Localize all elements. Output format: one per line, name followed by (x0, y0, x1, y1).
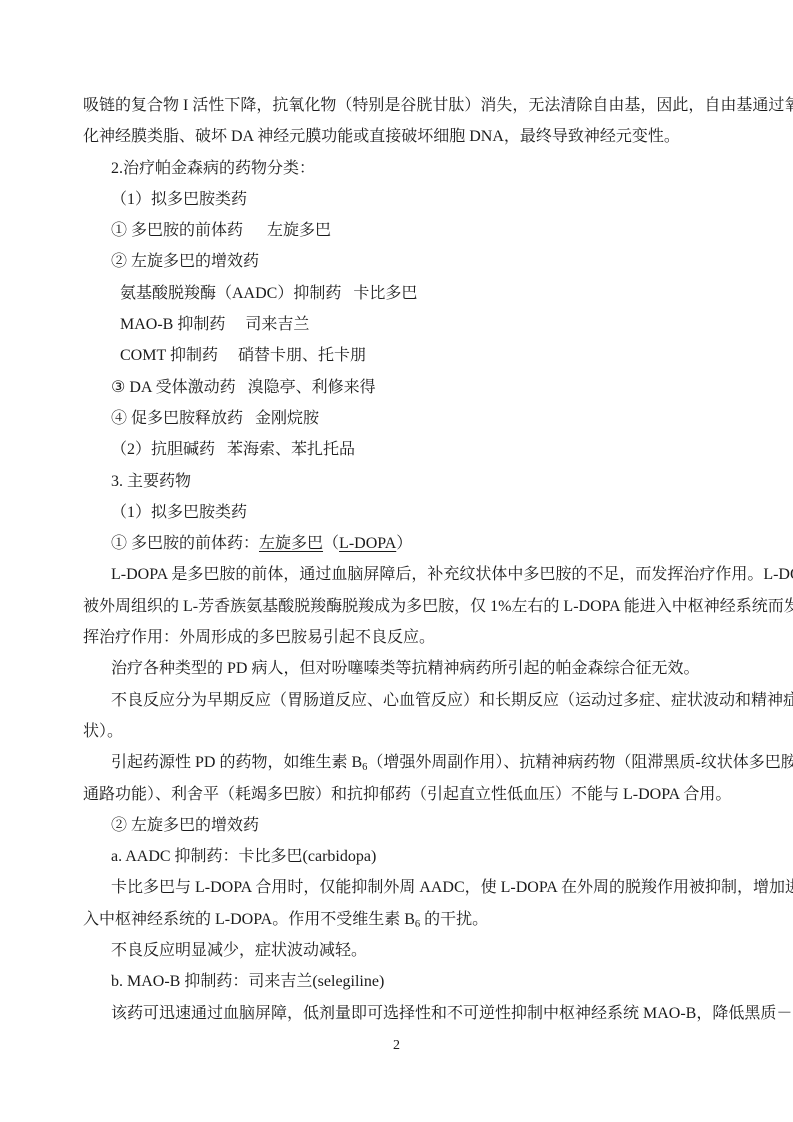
text-line: 不良反应分为早期反应（胃肠道反应、心血管反应）和长期反应（运动过多症、症状波动和… (83, 685, 713, 716)
text-line: 该药可迅速通过血脑屏障，低剂量即可选择性和不可逆性抑制中枢神经系统 MAO-B，… (83, 998, 713, 1029)
text-line: 治疗各种类型的 PD 病人，但对吩噻嗪类等抗精神病药所引起的帕金森综合征无效。 (83, 653, 713, 684)
text-line: ② 左旋多巴的增效药 (83, 810, 713, 841)
text-run: 化神经膜类脂、破坏 DA 神经元膜功能或直接破坏细胞 DNA，最终导致神经元变性… (83, 128, 680, 145)
text-line: ③ DA 受体激动药 溴隐亭、利修来得 (83, 372, 713, 403)
text-line: 3. 主要药物 (83, 466, 713, 497)
document-page: 吸链的复合物 I 活性下降，抗氧化物（特别是谷胱甘肽）消失，无法清除自由基，因此… (0, 0, 793, 1122)
text-run: 不良反应明显减少，症状波动减轻。 (111, 942, 367, 959)
text-line: 挥治疗作用：外周形成的多巴胺易引起不良反应。 (83, 622, 713, 653)
underlined-text: 左旋多巴 (259, 535, 323, 552)
text-line: 通路功能）、利舍平（耗竭多巴胺）和抗抑郁药（引起直立性低血压）不能与 L-DOP… (83, 779, 713, 810)
text-run: （增强外周副作用）、抗精神病药物（阻滞黑质-纹状体多巴胺 (367, 754, 793, 771)
text-run: ④ 促多巴胺释放药 金刚烷胺 (111, 410, 319, 427)
text-run: （1）拟多巴胺类药 (111, 191, 247, 208)
text-run: 状）。 (83, 723, 123, 740)
text-line: （2）抗胆碱药 苯海索、苯扎托品 (83, 434, 713, 465)
text-run: ① 多巴胺的前体药： (111, 535, 259, 552)
text-run: 通路功能）、利舍平（耗竭多巴胺）和抗抑郁药（引起直立性低血压）不能与 L-DOP… (83, 786, 731, 803)
text-run: 被外周组织的 L-芳香族氨基酸脱羧酶脱羧成为多巴胺，仅 1%左右的 L-DOPA… (83, 598, 793, 615)
text-run: L-DOPA 是多巴胺的前体，通过血脑屏障后，补充纹状体中多巴胺的不足，而发挥治… (111, 566, 793, 583)
text-run: 吸链的复合物 I 活性下降，抗氧化物（特别是谷胱甘肽）消失，无法清除自由基，因此… (83, 97, 793, 114)
text-run: ） (396, 535, 412, 552)
text-line: 被外周组织的 L-芳香族氨基酸脱羧酶脱羧成为多巴胺，仅 1%左右的 L-DOPA… (83, 591, 713, 622)
text-line: 化神经膜类脂、破坏 DA 神经元膜功能或直接破坏细胞 DNA，最终导致神经元变性… (83, 121, 713, 152)
text-run: （2）抗胆碱药 苯海索、苯扎托品 (111, 441, 355, 458)
text-line: 卡比多巴与 L-DOPA 合用时，仅能抑制外周 AADC，使 L-DOPA 在外… (83, 872, 713, 903)
text-run: 3. 主要药物 (111, 473, 191, 490)
text-line: 状）。 (83, 716, 713, 747)
text-run: 2.治疗帕金森病的药物分类： (111, 160, 315, 177)
text-line: （1）拟多巴胺类药 (83, 497, 713, 528)
text-line: 引起药源性 PD 的药物，如维生素 B6（增强外周副作用）、抗精神病药物（阻滞黑… (83, 747, 713, 778)
text-line: ① 多巴胺的前体药 左旋多巴 (83, 215, 713, 246)
text-line: （1）拟多巴胺类药 (83, 184, 713, 215)
text-run: ① 多巴胺的前体药 左旋多巴 (111, 222, 331, 239)
text-run: ② 左旋多巴的增效药 (111, 253, 259, 270)
text-run: 该药可迅速通过血脑屏障，低剂量即可选择性和不可逆性抑制中枢神经系统 MAO-B，… (111, 1005, 792, 1022)
text-run: MAO-B 抑制药 司来吉兰 (120, 316, 309, 333)
text-line: 氨基酸脱羧酶（AADC）抑制药 卡比多巴 (83, 278, 713, 309)
text-run: 入中枢神经系统的 L-DOPA。作用不受维生素 B (83, 911, 415, 928)
text-line: a. AADC 抑制药：卡比多巴(carbidopa) (83, 841, 713, 872)
text-line: ④ 促多巴胺释放药 金刚烷胺 (83, 403, 713, 434)
text-run: 引起药源性 PD 的药物，如维生素 B (111, 754, 362, 771)
text-line: 吸链的复合物 I 活性下降，抗氧化物（特别是谷胱甘肽）消失，无法清除自由基，因此… (83, 90, 713, 121)
text-run: 挥治疗作用：外周形成的多巴胺易引起不良反应。 (83, 629, 435, 646)
text-run: 的干扰。 (420, 911, 488, 928)
text-line: L-DOPA 是多巴胺的前体，通过血脑屏障后，补充纹状体中多巴胺的不足，而发挥治… (83, 559, 713, 590)
text-run: 治疗各种类型的 PD 病人，但对吩噻嗪类等抗精神病药所引起的帕金森综合征无效。 (111, 660, 699, 677)
text-run: a. AADC 抑制药：卡比多巴(carbidopa) (111, 848, 376, 865)
text-run: （ (323, 535, 339, 552)
text-run: ③ DA 受体激动药 溴隐亭、利修来得 (111, 379, 376, 396)
page-number: 2 (0, 1036, 793, 1056)
text-run: （1）拟多巴胺类药 (111, 504, 247, 521)
text-run: 氨基酸脱羧酶（AADC）抑制药 卡比多巴 (120, 285, 417, 302)
text-run: b. MAO-B 抑制药：司来吉兰(selegiline) (111, 973, 384, 990)
text-line: COMT 抑制药 硝替卡朋、托卡朋 (83, 340, 713, 371)
text-run: ② 左旋多巴的增效药 (111, 817, 259, 834)
text-line: 不良反应明显减少，症状波动减轻。 (83, 935, 713, 966)
text-run: 卡比多巴与 L-DOPA 合用时，仅能抑制外周 AADC，使 L-DOPA 在外… (111, 879, 793, 896)
text-line: ② 左旋多巴的增效药 (83, 246, 713, 277)
underlined-text: L-DOPA (339, 535, 396, 552)
text-run: COMT 抑制药 硝替卡朋、托卡朋 (120, 347, 366, 364)
text-line: b. MAO-B 抑制药：司来吉兰(selegiline) (83, 966, 713, 997)
text-line: ① 多巴胺的前体药：左旋多巴（L-DOPA） (83, 528, 713, 559)
text-run: 不良反应分为早期反应（胃肠道反应、心血管反应）和长期反应（运动过多症、症状波动和… (111, 692, 793, 709)
text-line: MAO-B 抑制药 司来吉兰 (83, 309, 713, 340)
text-line: 入中枢神经系统的 L-DOPA。作用不受维生素 B6 的干扰。 (83, 904, 713, 935)
text-line: 2.治疗帕金森病的药物分类： (83, 153, 713, 184)
document-content: 吸链的复合物 I 活性下降，抗氧化物（特别是谷胱甘肽）消失，无法清除自由基，因此… (83, 90, 713, 1029)
